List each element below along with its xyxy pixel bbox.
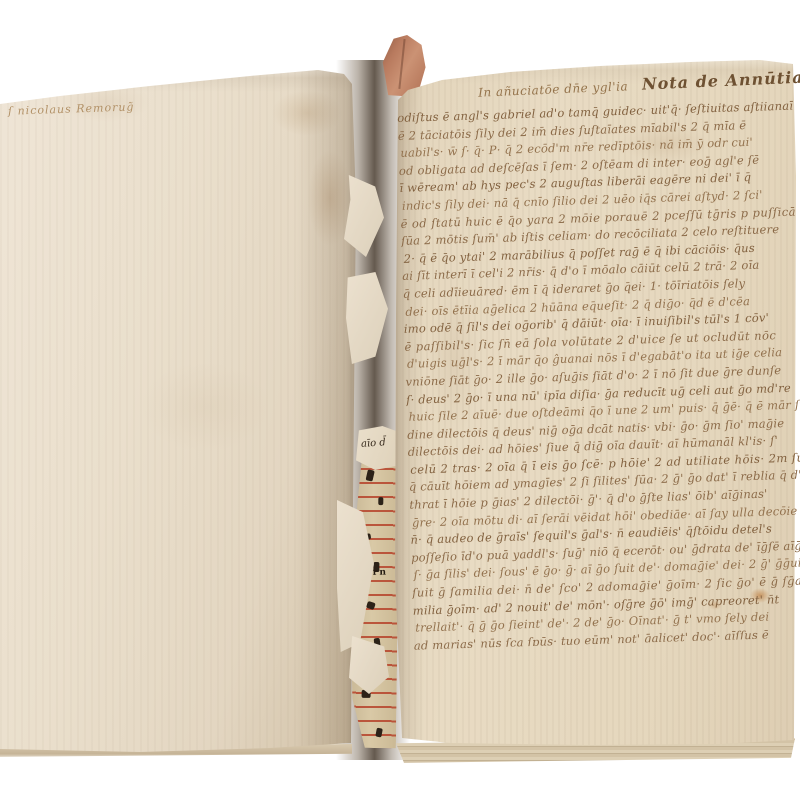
neume-mark xyxy=(366,601,376,610)
text-column: odiſtus ē angl's gabriel ad'o tamq̄ guid… xyxy=(397,98,800,650)
stain xyxy=(140,362,270,452)
scrap-note: aīo d̄ xyxy=(361,437,386,450)
stain xyxy=(272,90,342,136)
ownership-inscription: ſ nicolaus Remorug̃ xyxy=(8,99,168,118)
manuscript-photo: la rn ıc aīo d̄ ſ nicolaus Remorug̃ In a… xyxy=(0,0,800,800)
neume-mark xyxy=(366,469,375,481)
left-page: ſ nicolaus Remorug̃ xyxy=(0,62,360,757)
neume-mark xyxy=(375,728,383,738)
neume-mark xyxy=(378,497,383,505)
